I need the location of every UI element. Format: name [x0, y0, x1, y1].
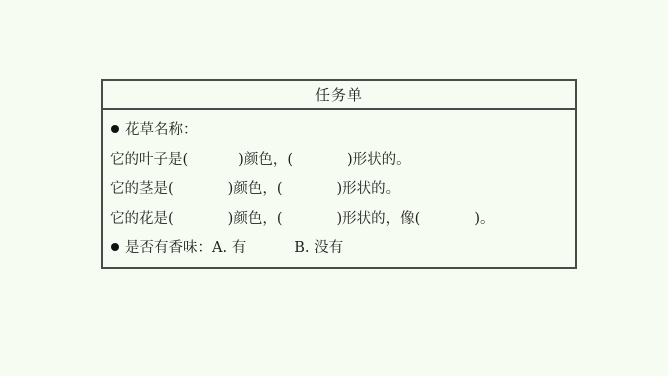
flower-mid2: )形状的，像( — [337, 207, 421, 228]
flower-mid1: )颜色，( — [228, 207, 283, 228]
flower-name-line: 花草名称： — [110, 114, 575, 144]
flower-line: 它的花是( )颜色，( )形状的，像( )。 — [110, 203, 575, 233]
bullet-icon — [111, 243, 119, 251]
fragrance-option-b[interactable]: B. 没有 — [294, 236, 343, 257]
leaf-suffix: )形状的。 — [347, 148, 411, 169]
flower-suffix: )。 — [474, 207, 494, 228]
bullet-icon — [111, 125, 119, 133]
stem-line: 它的茎是( )颜色，( )形状的。 — [110, 173, 575, 203]
stem-prefix: 它的茎是( — [110, 177, 174, 198]
fragrance-option-a[interactable]: A. 有 — [212, 236, 246, 257]
fragrance-question: 是否有香味： — [125, 236, 212, 257]
stem-suffix: )形状的。 — [337, 177, 401, 198]
leaf-line: 它的叶子是( )颜色，( )形状的。 — [110, 144, 575, 174]
leaf-mid: )颜色，( — [238, 148, 293, 169]
leaf-prefix: 它的叶子是( — [110, 148, 188, 169]
flower-name-label: 花草名称： — [125, 118, 198, 139]
task-sheet-header: 任务单 — [103, 81, 575, 110]
stem-mid: )颜色，( — [228, 177, 283, 198]
task-sheet-title: 任务单 — [315, 84, 363, 105]
task-sheet-body: 花草名称： 它的叶子是( )颜色，( )形状的。 它的茎是( )颜色，( )形状… — [103, 110, 575, 262]
flower-prefix: 它的花是( — [110, 207, 174, 228]
fragrance-line: 是否有香味： A. 有 B. 没有 — [110, 232, 575, 262]
task-sheet: 任务单 花草名称： 它的叶子是( )颜色，( )形状的。 它的茎是( )颜色，(… — [101, 79, 577, 269]
